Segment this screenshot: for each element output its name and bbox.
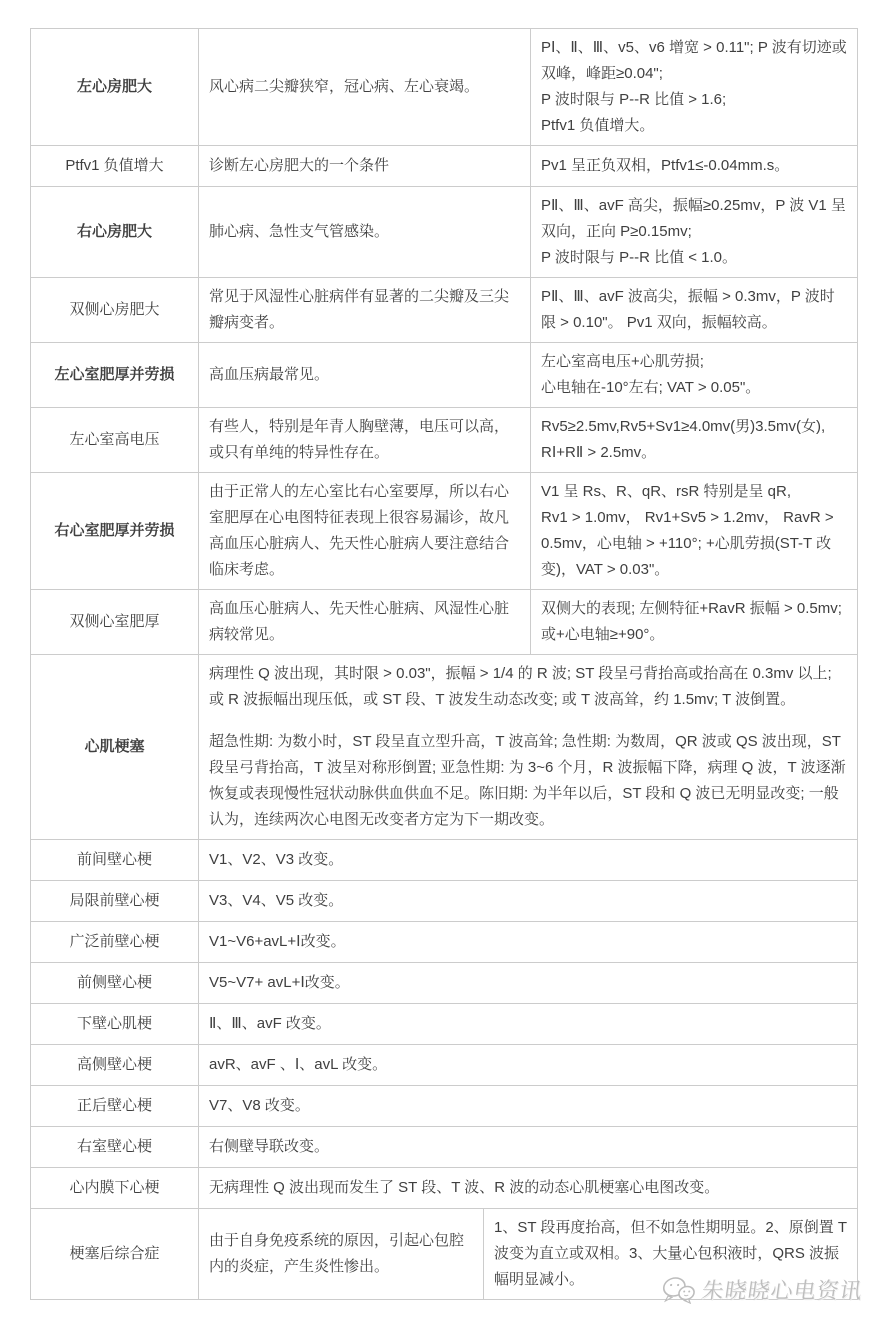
ecg-line: P 波时限与 P--R 比值 > 1.6; xyxy=(541,87,847,113)
table-row: 左心房肥大 风心病二尖瓣狭窄，冠心病、左心衰竭。 PⅠ、Ⅱ、Ⅲ、v5、v6 增宽… xyxy=(31,29,858,146)
table-row: 心肌梗塞 病理性 Q 波出现，其时限 > 0.03"，振幅 > 1/4 的 R … xyxy=(31,655,858,840)
value-cell: V1、V2、V3 改变。 xyxy=(199,840,858,881)
ecg-criteria-cell: V1 呈 Rs、R、qR、rsR 特别是呈 qR, Rv1 > 1.0mv， R… xyxy=(531,473,858,590)
condition-label: 广泛前壁心梗 xyxy=(31,922,199,963)
cause-cell: 肺心病、急性支气管感染。 xyxy=(199,187,531,278)
value-cell: avR、avF 、Ⅰ、avL 改变。 xyxy=(199,1045,858,1086)
cause-text: 由于正常人的左心室比右心室要厚，所以右心室肥厚在心电图特征表现上很容易漏诊，故凡… xyxy=(209,479,520,583)
ecg-criteria-cell: 双侧大的表现; 左侧特征+RavR 振幅 > 0.5mv; 或+心电轴≥+90°… xyxy=(531,590,858,655)
value-text: V1~V6+avL+Ⅰ改变。 xyxy=(209,929,847,955)
ecg-diagnosis-table: 左心房肥大 风心病二尖瓣狭窄，冠心病、左心衰竭。 PⅠ、Ⅱ、Ⅲ、v5、v6 增宽… xyxy=(30,28,858,1300)
cause-text: 诊断左心房肥大的一个条件 xyxy=(209,153,520,179)
ecg-line: 心电轴在-10°左右; VAT > 0.05"。 xyxy=(541,375,847,401)
table-row: 正后壁心梗 V7、V8 改变。 xyxy=(31,1086,858,1127)
cause-text: 有些人，特别是年青人胸壁薄，电压可以高，或只有单纯的特异性存在。 xyxy=(209,414,520,466)
table-row: 双侧心室肥厚 高血压心脏病人、先天性心脏病、风湿性心脏病较常见。 双侧大的表现;… xyxy=(31,590,858,655)
table-row: 高侧壁心梗 avR、avF 、Ⅰ、avL 改变。 xyxy=(31,1045,858,1086)
value-cell: V7、V8 改变。 xyxy=(199,1086,858,1127)
cause-cell: 诊断左心房肥大的一个条件 xyxy=(199,146,531,187)
table-row: 双侧心房肥大 常见于风湿性心脏病伴有显著的二尖瓣及三尖瓣病变者。 PⅡ、Ⅲ、av… xyxy=(31,278,858,343)
ecg-line: PⅡ、Ⅲ、avF 高尖，振幅≥0.25mv，P 波 V1 呈双向，正向 P≥0.… xyxy=(541,193,847,245)
value-cell: V3、V4、V5 改变。 xyxy=(199,881,858,922)
value-cell: 无病理性 Q 波出现而发生了 ST 段、T 波、R 波的动态心肌梗塞心电图改变。 xyxy=(199,1168,858,1209)
table-row: 广泛前壁心梗 V1~V6+avL+Ⅰ改变。 xyxy=(31,922,858,963)
table-row: 局限前壁心梗 V3、V4、V5 改变。 xyxy=(31,881,858,922)
cause-text: 风心病二尖瓣狭窄，冠心病、左心衰竭。 xyxy=(209,74,520,100)
ecg-line: Rv5≥2.5mv,Rv5+Sv1≥4.0mv(男)3.5mv(女), xyxy=(541,414,847,440)
condition-label: 左心室肥厚并劳损 xyxy=(31,343,199,408)
condition-label: 下壁心肌梗 xyxy=(31,1004,199,1045)
cause-cell: 高血压病最常见。 xyxy=(199,343,531,408)
condition-label: 前间壁心梗 xyxy=(31,840,199,881)
ecg-line: Rv1 > 1.0mv， Rv1+Sv5 > 1.2mv， RavR > 0.5… xyxy=(541,505,847,583)
value-text: V7、V8 改变。 xyxy=(209,1093,847,1119)
ecg-criteria-cell: Pv1 呈正负双相，Ptfv1≤-0.04mm.s。 xyxy=(531,146,858,187)
table-row: 左心室肥厚并劳损 高血压病最常见。 左心室高电压+心肌劳损; 心电轴在-10°左… xyxy=(31,343,858,408)
watermark: 朱晓晓心电资讯 xyxy=(660,1274,865,1305)
ecg-line: PⅠ、Ⅱ、Ⅲ、v5、v6 增宽 > 0.11"; P 波有切迹或双峰，峰距≥0.… xyxy=(541,35,847,87)
ecg-line: 左心室高电压+心肌劳损; xyxy=(541,349,847,375)
value-text: V3、V4、V5 改变。 xyxy=(209,888,847,914)
ecg-line: PⅡ、Ⅲ、avF 波高尖，振幅 > 0.3mv，P 波时限 > 0.10"。 P… xyxy=(541,284,847,336)
cause-cell: 由于自身免疫系统的原因，引起心包腔内的炎症，产生炎性惨出。 xyxy=(199,1209,484,1300)
ecg-criteria-cell: Rv5≥2.5mv,Rv5+Sv1≥4.0mv(男)3.5mv(女), RⅠ+R… xyxy=(531,408,858,473)
table-row: 下壁心肌梗 Ⅱ、Ⅲ、avF 改变。 xyxy=(31,1004,858,1045)
value-text: V1、V2、V3 改变。 xyxy=(209,847,847,873)
table-row: 右室壁心梗 右侧壁导联改变。 xyxy=(31,1127,858,1168)
table-row: 心内膜下心梗 无病理性 Q 波出现而发生了 ST 段、T 波、R 波的动态心肌梗… xyxy=(31,1168,858,1209)
ecg-criteria-cell: 左心室高电压+心肌劳损; 心电轴在-10°左右; VAT > 0.05"。 xyxy=(531,343,858,408)
condition-label: 高侧壁心梗 xyxy=(31,1045,199,1086)
cause-cell: 常见于风湿性心脏病伴有显著的二尖瓣及三尖瓣病变者。 xyxy=(199,278,531,343)
condition-label: 双侧心房肥大 xyxy=(31,278,199,343)
value-cell: V1~V6+avL+Ⅰ改变。 xyxy=(199,922,858,963)
condition-label: 双侧心室肥厚 xyxy=(31,590,199,655)
ecg-line: 双侧大的表现; 左侧特征+RavR 振幅 > 0.5mv; 或+心电轴≥+90°… xyxy=(541,596,847,648)
description-paragraph: 病理性 Q 波出现，其时限 > 0.03"，振幅 > 1/4 的 R 波; ST… xyxy=(209,661,847,713)
table-row: 右心房肥大 肺心病、急性支气管感染。 PⅡ、Ⅲ、avF 高尖，振幅≥0.25mv… xyxy=(31,187,858,278)
table-row: 左心室高电压 有些人，特别是年青人胸壁薄，电压可以高，或只有单纯的特异性存在。 … xyxy=(31,408,858,473)
condition-label: 右心室肥厚并劳损 xyxy=(31,473,199,590)
ecg-criteria-cell: PⅠ、Ⅱ、Ⅲ、v5、v6 增宽 > 0.11"; P 波有切迹或双峰，峰距≥0.… xyxy=(531,29,858,146)
ecg-criteria-cell: PⅡ、Ⅲ、avF 高尖，振幅≥0.25mv，P 波 V1 呈双向，正向 P≥0.… xyxy=(531,187,858,278)
condition-label: 右心房肥大 xyxy=(31,187,199,278)
condition-label: 右室壁心梗 xyxy=(31,1127,199,1168)
cause-text: 常见于风湿性心脏病伴有显著的二尖瓣及三尖瓣病变者。 xyxy=(209,284,520,336)
table-row: Ptfv1 负值增大 诊断左心房肥大的一个条件 Pv1 呈正负双相，Ptfv1≤… xyxy=(31,146,858,187)
table-row: 右心室肥厚并劳损 由于正常人的左心室比右心室要厚，所以右心室肥厚在心电图特征表现… xyxy=(31,473,858,590)
value-text: 右侧壁导联改变。 xyxy=(209,1134,847,1160)
table-row: 前侧壁心梗 V5~V7+ avL+Ⅰ改变。 xyxy=(31,963,858,1004)
ecg-line: Pv1 呈正负双相，Ptfv1≤-0.04mm.s。 xyxy=(541,153,847,179)
value-cell: V5~V7+ avL+Ⅰ改变。 xyxy=(199,963,858,1004)
value-cell: Ⅱ、Ⅲ、avF 改变。 xyxy=(199,1004,858,1045)
condition-label: 前侧壁心梗 xyxy=(31,963,199,1004)
cause-cell: 由于正常人的左心室比右心室要厚，所以右心室肥厚在心电图特征表现上很容易漏诊，故凡… xyxy=(199,473,531,590)
description-cell: 病理性 Q 波出现，其时限 > 0.03"，振幅 > 1/4 的 R 波; ST… xyxy=(199,655,858,840)
ecg-line: V1 呈 Rs、R、qR、rsR 特别是呈 qR, xyxy=(541,479,847,505)
table-row: 前间壁心梗 V1、V2、V3 改变。 xyxy=(31,840,858,881)
cause-text: 由于自身免疫系统的原因，引起心包腔内的炎症，产生炎性惨出。 xyxy=(209,1228,473,1280)
value-text: 无病理性 Q 波出现而发生了 ST 段、T 波、R 波的动态心肌梗塞心电图改变。 xyxy=(209,1175,847,1201)
condition-label: 左心室高电压 xyxy=(31,408,199,473)
condition-label: 左心房肥大 xyxy=(31,29,199,146)
condition-label: 心内膜下心梗 xyxy=(31,1168,199,1209)
cause-cell: 有些人，特别是年青人胸壁薄，电压可以高，或只有单纯的特异性存在。 xyxy=(199,408,531,473)
cause-text: 高血压心脏病人、先天性心脏病、风湿性心脏病较常见。 xyxy=(209,596,520,648)
condition-label: 心肌梗塞 xyxy=(31,655,199,840)
value-text: avR、avF 、Ⅰ、avL 改变。 xyxy=(209,1052,847,1078)
cause-cell: 高血压心脏病人、先天性心脏病、风湿性心脏病较常见。 xyxy=(199,590,531,655)
cause-text: 肺心病、急性支气管感染。 xyxy=(209,219,520,245)
wechat-chat-faces-icon xyxy=(660,1276,698,1304)
condition-label: 局限前壁心梗 xyxy=(31,881,199,922)
description-paragraph: 超急性期: 为数小时，ST 段呈直立型升高，T 波高耸; 急性期: 为数周，QR… xyxy=(209,729,847,833)
cause-text: 高血压病最常见。 xyxy=(209,362,520,388)
ecg-line: P 波时限与 P--R 比值 < 1.0。 xyxy=(541,245,847,271)
ecg-line: RⅠ+RⅡ > 2.5mv。 xyxy=(541,440,847,466)
value-text: Ⅱ、Ⅲ、avF 改变。 xyxy=(209,1011,847,1037)
value-text: V5~V7+ avL+Ⅰ改变。 xyxy=(209,970,847,996)
ecg-criteria-cell: PⅡ、Ⅲ、avF 波高尖，振幅 > 0.3mv，P 波时限 > 0.10"。 P… xyxy=(531,278,858,343)
condition-label: Ptfv1 负值增大 xyxy=(31,146,199,187)
condition-label: 正后壁心梗 xyxy=(31,1086,199,1127)
ecg-line: Ptfv1 负值增大。 xyxy=(541,113,847,139)
value-cell: 右侧壁导联改变。 xyxy=(199,1127,858,1168)
cause-cell: 风心病二尖瓣狭窄，冠心病、左心衰竭。 xyxy=(199,29,531,146)
condition-label: 梗塞后综合症 xyxy=(31,1209,199,1300)
watermark-text: 朱晓晓心电资讯 xyxy=(700,1274,865,1305)
